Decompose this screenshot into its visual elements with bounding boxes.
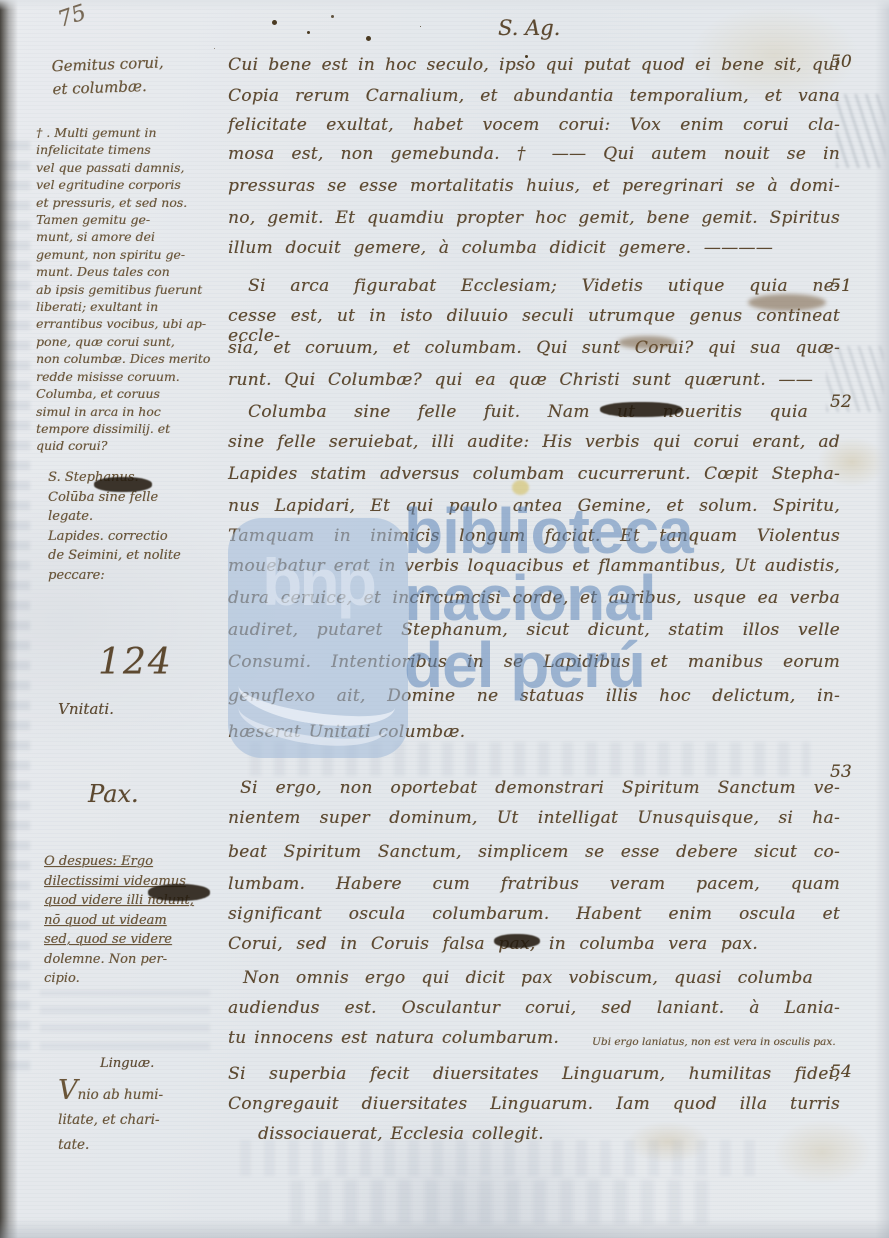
- scan-edge-top: [0, 0, 889, 10]
- body-line: Congregauit diuersitates Linguarum. Iam …: [228, 1094, 840, 1120]
- body-line: sia, et coruum, et columbam. Qui sunt Co…: [228, 338, 840, 364]
- margin-note-line: O despues: Ergo: [44, 852, 244, 872]
- body-line: significant oscula columbarum. Habent en…: [228, 904, 840, 930]
- margin-note-vnio: Vnio ab humi- litate, et chari- tate.: [58, 1078, 243, 1158]
- margin-note-line: vel egritudine corporis: [36, 176, 231, 193]
- body-line: Corui, sed in Coruis falsa pax, in colum…: [228, 934, 758, 960]
- margin-note-line: infelicitate timens: [36, 141, 231, 158]
- corner-mark: 75: [55, 0, 89, 32]
- body-line: Lapides statim adversus columbam cucurre…: [228, 464, 840, 490]
- margin-note-line: vel que passati damnis,: [36, 159, 231, 176]
- body-line: no, gemit. Et quamdiu propter hoc gemit,…: [228, 208, 840, 234]
- manuscript-page: S. Ag. 75 50 51 52 53 54 Gemitus corui, …: [0, 0, 889, 1238]
- body-line: Copia rerum Carnalium, et abundantia tem…: [228, 86, 840, 112]
- margin-note-gemitus: † . Multi gemunt in infelicitate timens …: [36, 124, 231, 455]
- body-line: nus Lapidari, Et qui paulo antea Gemine,…: [228, 496, 840, 522]
- page-heading: S. Ag.: [498, 16, 560, 40]
- margin-note-line: Lapides. correctio: [48, 527, 233, 547]
- body-line: beat Spiritum Sanctum, simplicem se esse…: [228, 842, 840, 868]
- section-number-52: 52: [830, 392, 852, 412]
- margin-note-line: gemunt, non spiritu ge-: [36, 246, 231, 263]
- margin-note-line: † . Multi gemunt in: [36, 124, 231, 141]
- ink-blot: [494, 934, 540, 948]
- scan-edge-left: [0, 0, 18, 1238]
- margin-note-line: tempore dissimilij. et: [36, 420, 231, 437]
- margin-keyword-unitati: Vnitati.: [58, 700, 114, 718]
- body-line: nientem super dominum, Ut intelligat Unu…: [228, 808, 840, 834]
- body-line: felicitate exultat, habet vocem corui: V…: [228, 115, 840, 141]
- margin-note-dilectissimi: O despues: Ergo dilectissimi videamus qu…: [44, 852, 244, 989]
- margin-note-line: de Seimini, et nolite: [48, 546, 233, 566]
- body-line: Si superbia fecit diuersitates Linguarum…: [228, 1064, 840, 1090]
- body-line: Non omnis ergo qui dicit pax vobiscum, q…: [243, 968, 813, 994]
- margin-note-line: non columbæ. Dices merito: [36, 350, 231, 367]
- margin-note-line: Vnio ab humi-: [58, 1078, 243, 1108]
- margin-keyword-pax: Pax.: [88, 780, 139, 808]
- margin-note-line: cipio.: [44, 969, 244, 989]
- body-line: pressuras se esse mortalitatis huius, et…: [228, 176, 840, 202]
- margin-note-line: sed, quod se videre: [44, 930, 244, 950]
- body-line: dissociauerat, Ecclesia collegit.: [258, 1124, 870, 1150]
- folio-number: 124: [98, 642, 173, 683]
- interlinear-note: Ubi ergo laniatus, non est vera in oscul…: [592, 1036, 882, 1048]
- margin-note-line: redde misisse coruum.: [36, 368, 231, 385]
- margin-note-line: pone, quæ corui sunt,: [36, 333, 231, 350]
- margin-note-line: munt, si amore dei: [36, 228, 231, 245]
- body-line: Tamquam in inimicis longum faciat. Et ta…: [228, 526, 840, 552]
- margin-note-line: litate, et chari-: [58, 1108, 243, 1133]
- body-line: sine felle seruiebat, illi audite: His v…: [228, 432, 840, 458]
- body-line: Cui bene est in hoc seculo, ipso qui put…: [228, 55, 840, 81]
- margin-note-line: quid corui?: [36, 437, 231, 454]
- ink-blot: [600, 402, 682, 417]
- body-line: mosa est, non gemebunda. † —— Qui autem …: [228, 144, 840, 170]
- ink-smudge: [618, 336, 676, 349]
- ink-blot: [94, 477, 152, 492]
- margin-note-line: ab ipsis gemitibus fuerunt: [36, 281, 231, 298]
- margin-note-line: liberati; exultant in: [36, 298, 231, 315]
- margin-heading: Gemitus corui, et columbæ.: [51, 49, 237, 101]
- body-line: illum docuit gemere, à columba didicit g…: [228, 238, 773, 264]
- margin-note-line: Columba, et coruus: [36, 385, 231, 402]
- margin-note-line: errantibus vocibus, ubi ap-: [36, 315, 231, 332]
- margin-note-line: tate.: [58, 1133, 243, 1158]
- margin-note-line: Tamen gemitu ge-: [36, 211, 231, 228]
- body-line: audiret, putaret Stephanum, sicut dicunt…: [228, 620, 840, 646]
- body-line: Columba sine felle fuit. Nam ut noueriti…: [248, 402, 808, 428]
- margin-note-line: et pressuris, et sed nos.: [36, 194, 231, 211]
- margin-note-line: dolemne. Non per-: [44, 950, 244, 970]
- body-line: Si ergo, non oportebat demonstrari Spiri…: [240, 778, 840, 804]
- ink-blot: [148, 884, 210, 901]
- body-line: lumbam. Habere cum fratribus veram pacem…: [228, 874, 840, 900]
- showthrough-left: [0, 130, 30, 1070]
- body-line: hæserat Unitati columbæ.: [228, 722, 840, 748]
- body-line: genuflexo ait, Domine ne statuas illis h…: [228, 686, 840, 712]
- body-line: mouebatur erat in verbis loquacibus et f…: [228, 556, 840, 582]
- margin-note-line: munt. Deus tales con: [36, 263, 231, 280]
- showthrough-margin: [40, 990, 210, 1050]
- margin-note-line: legate.: [48, 507, 233, 527]
- body-line: runt. Qui Columbæ? qui ea quæ Christi su…: [228, 370, 813, 396]
- ink-spatter: [272, 20, 277, 25]
- pencil-marks: [836, 94, 886, 168]
- margin-note-line: simul in arca in hoc: [36, 403, 231, 420]
- body-line: cesse est, ut in isto diluuio seculi utr…: [228, 306, 840, 332]
- margin-keyword-linguae: Linguæ.: [100, 1056, 154, 1071]
- scan-edge-bottom: [0, 1218, 889, 1238]
- scan-edge-right: [875, 0, 889, 1238]
- showthrough-bottom: [290, 1180, 720, 1224]
- body-line: dura ceruice, et incircumcisi corde, et …: [228, 588, 840, 614]
- body-line: audiendus est. Osculantur corui, sed lan…: [228, 998, 840, 1024]
- body-line: Consumi. Intentioribus in se Lapidibus e…: [228, 652, 840, 678]
- margin-note-line: nō quod ut videam: [44, 911, 244, 931]
- ink-smudge: [748, 294, 826, 311]
- margin-note-line: peccare:: [48, 566, 233, 586]
- margin-note-line: quod videre illi nolunt,: [44, 891, 244, 911]
- margin-note-line: dilectissimi videamus: [44, 872, 244, 892]
